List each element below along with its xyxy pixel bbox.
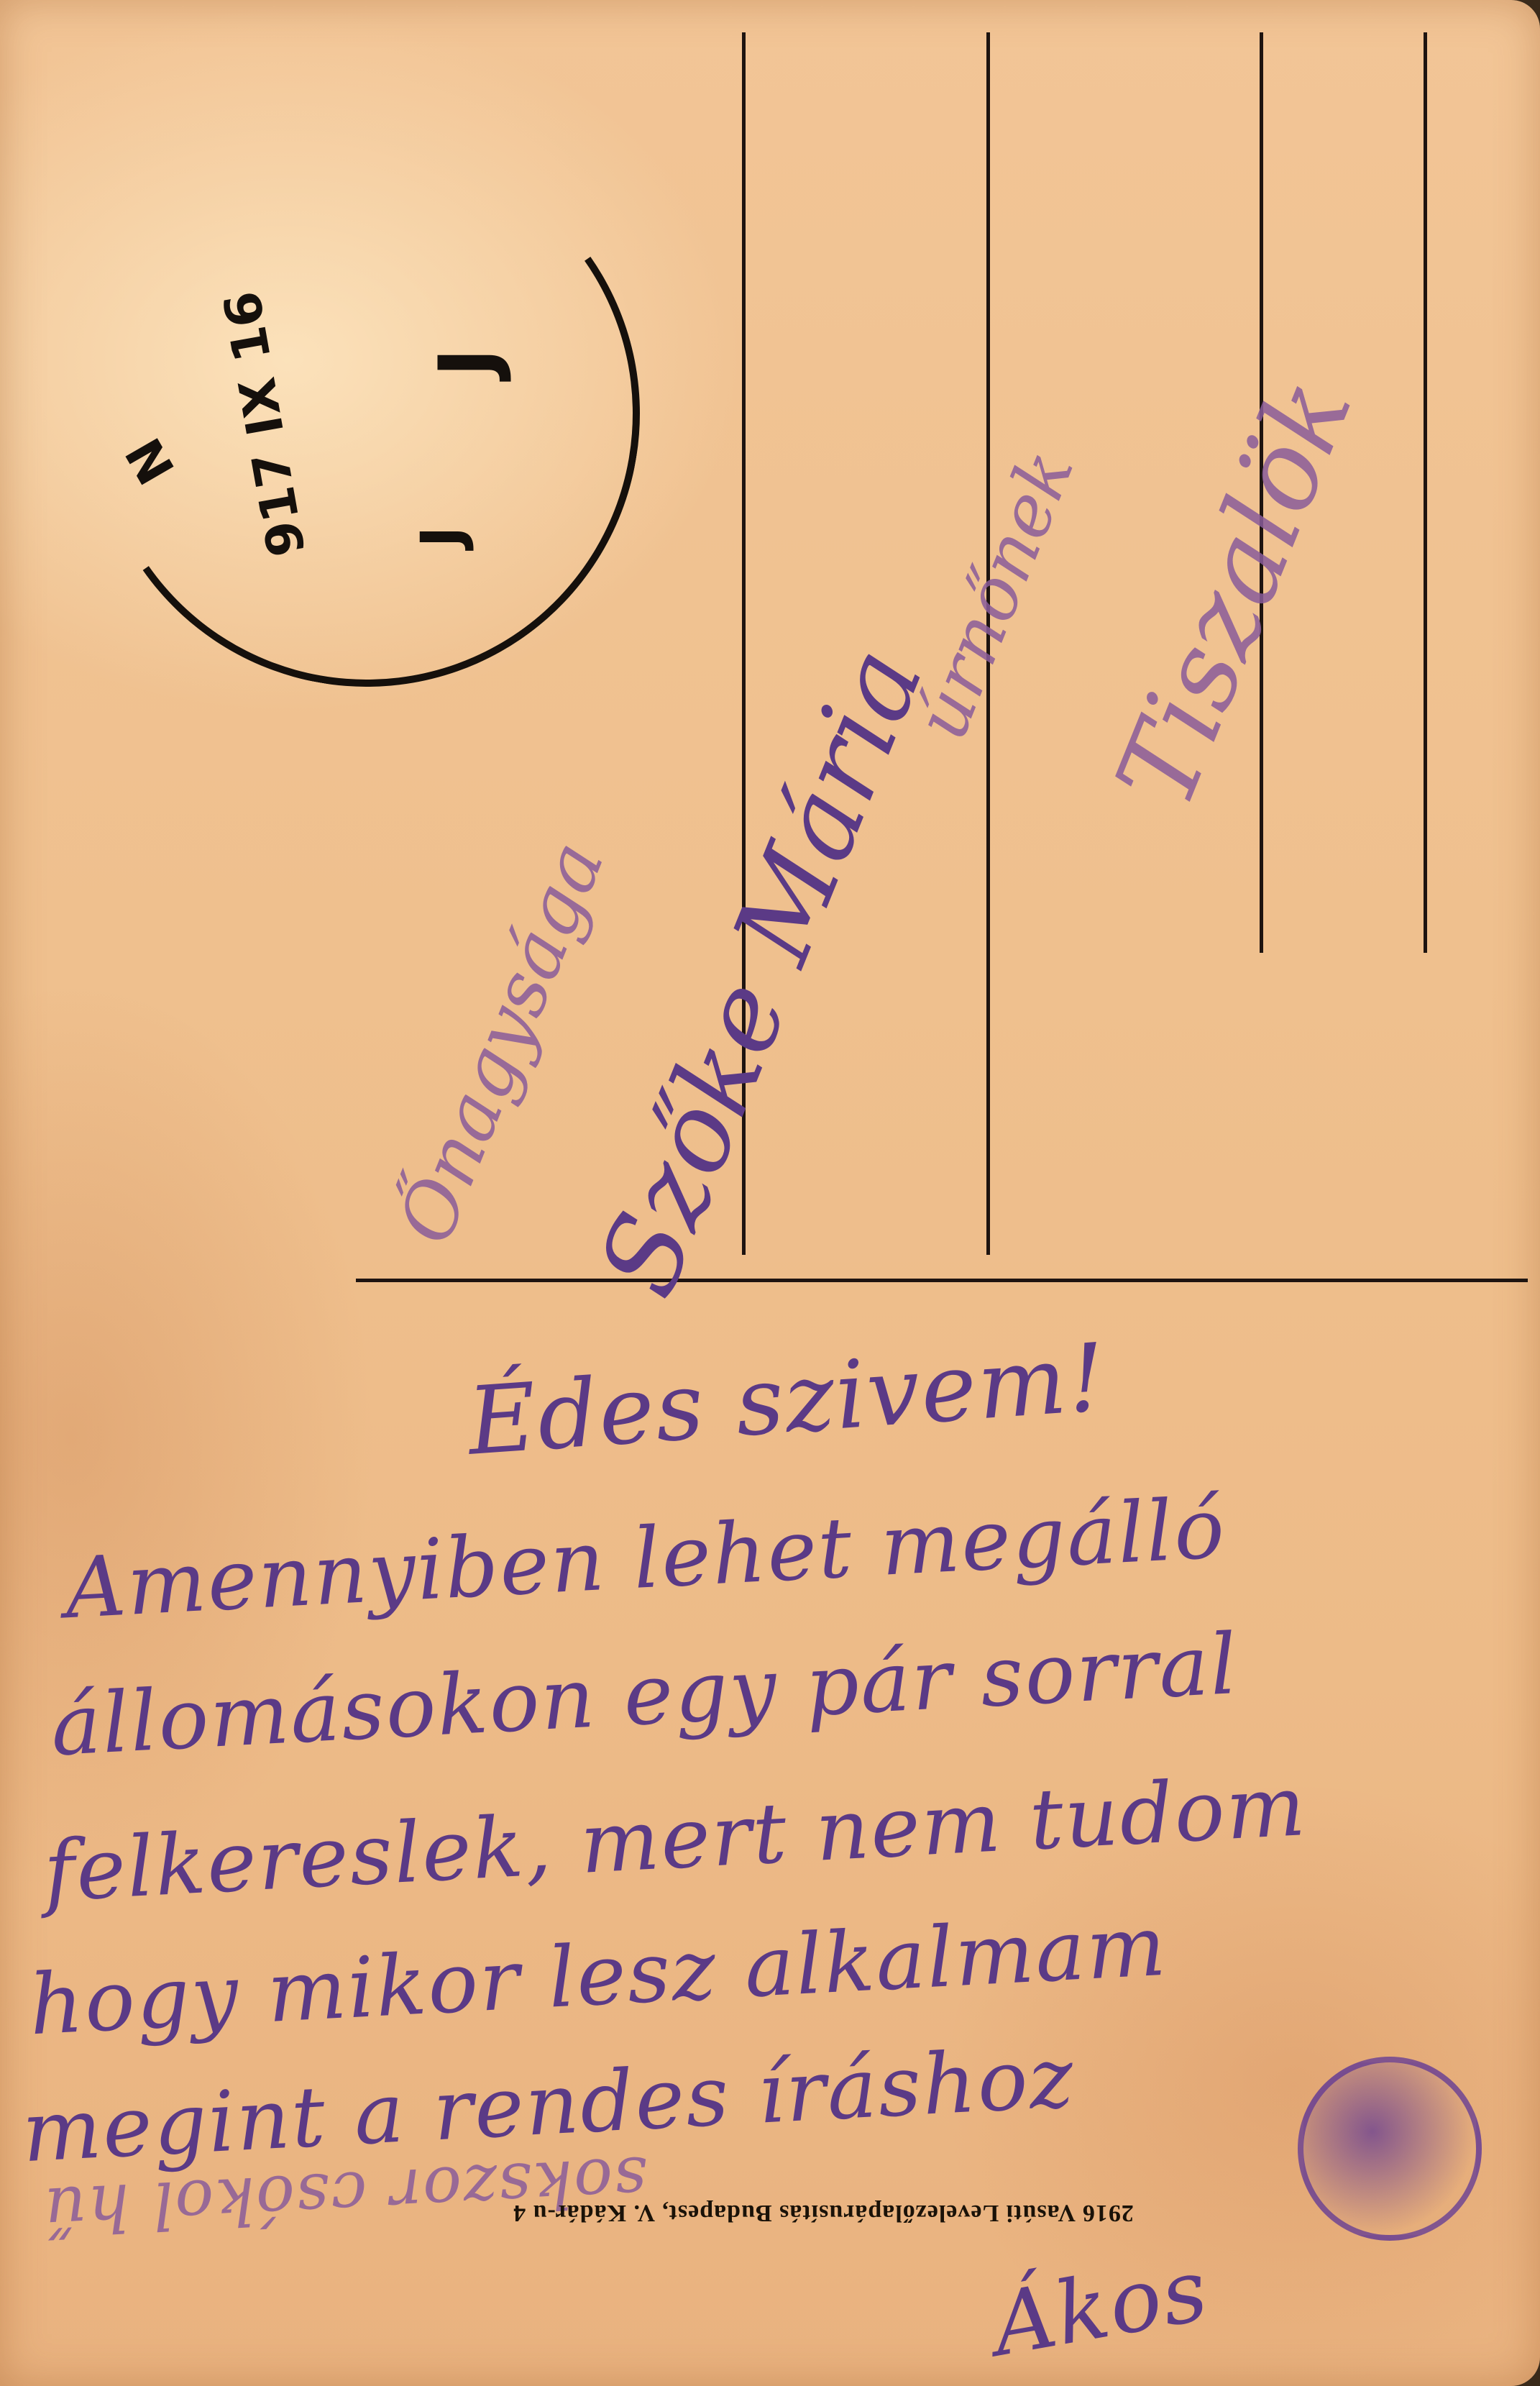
message-line: hogy mikor lesz alkalmam <box>27 1898 1170 2054</box>
message-line: felkereslek, mert nem tudom <box>42 1757 1309 1921</box>
message-line: Amennyiben lehet megálló <box>63 1480 1229 1637</box>
publisher-imprint: 2916 Vasúti Levelezőlapárusítás Budapest… <box>273 2199 1373 2226</box>
address-line: Őnagysága <box>381 830 621 1256</box>
divider-rule <box>356 1279 1528 1282</box>
address-rule-4 <box>1424 32 1427 953</box>
address-line: Szőke Mária <box>575 631 948 1312</box>
postmark-letter: J <box>408 526 475 548</box>
message-signature: Ákos <box>985 2240 1216 2376</box>
address-line: úrnőnek <box>899 439 1090 751</box>
postcard-back: 917 IX 16 N J J Őnagysága Szőke Mária úr… <box>0 0 1540 2386</box>
postmark-letter: J <box>421 348 513 378</box>
message-greeting: Édes szivem! <box>464 1322 1110 1476</box>
postmark <box>50 97 683 730</box>
message-line: állomásokon egy pár sorral <box>49 1616 1241 1775</box>
address-line: Tiszalök <box>1093 362 1377 823</box>
